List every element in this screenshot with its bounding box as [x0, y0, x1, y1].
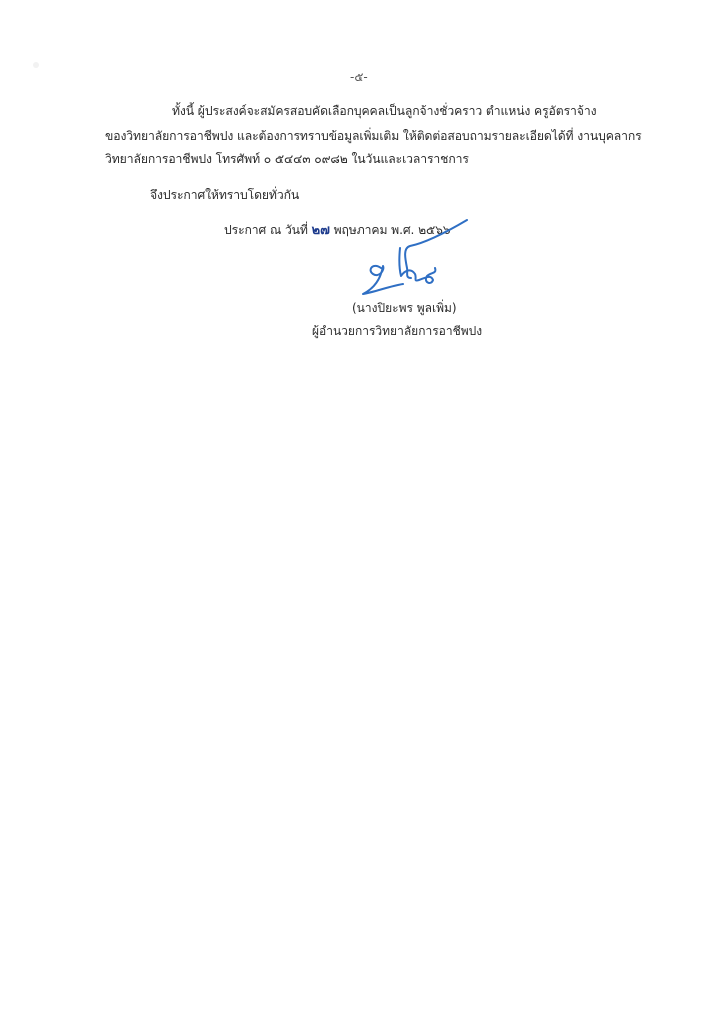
- signatory-name: (นางปิยะพร พูลเพิ่ม): [352, 299, 457, 318]
- scan-speck: [33, 62, 39, 68]
- signature-icon: [345, 218, 475, 298]
- signatory-position: ผู้อำนวยการวิทยาลัยการอาชีพปง: [312, 322, 482, 341]
- paragraph-line-2: ของวิทยาลัยการอาชีพปง และต้องการทราบข้อม…: [105, 127, 642, 146]
- closing-statement: จึงประกาศให้ทราบโดยทั่วกัน: [150, 186, 299, 205]
- date-prefix: ประกาศ ณ วันที่: [224, 223, 308, 237]
- page-number: -๕-: [350, 68, 368, 87]
- paragraph-line-3: วิทยาลัยการอาชีพปง โทรศัพท์ ๐ ๕๔๔๓ ๐๙๘๒ …: [105, 150, 469, 169]
- handwritten-day: ๒๗: [312, 223, 330, 238]
- paragraph-line-1: ทั้งนี้ ผู้ประสงค์จะสมัครสอบคัดเลือกบุคค…: [172, 102, 596, 121]
